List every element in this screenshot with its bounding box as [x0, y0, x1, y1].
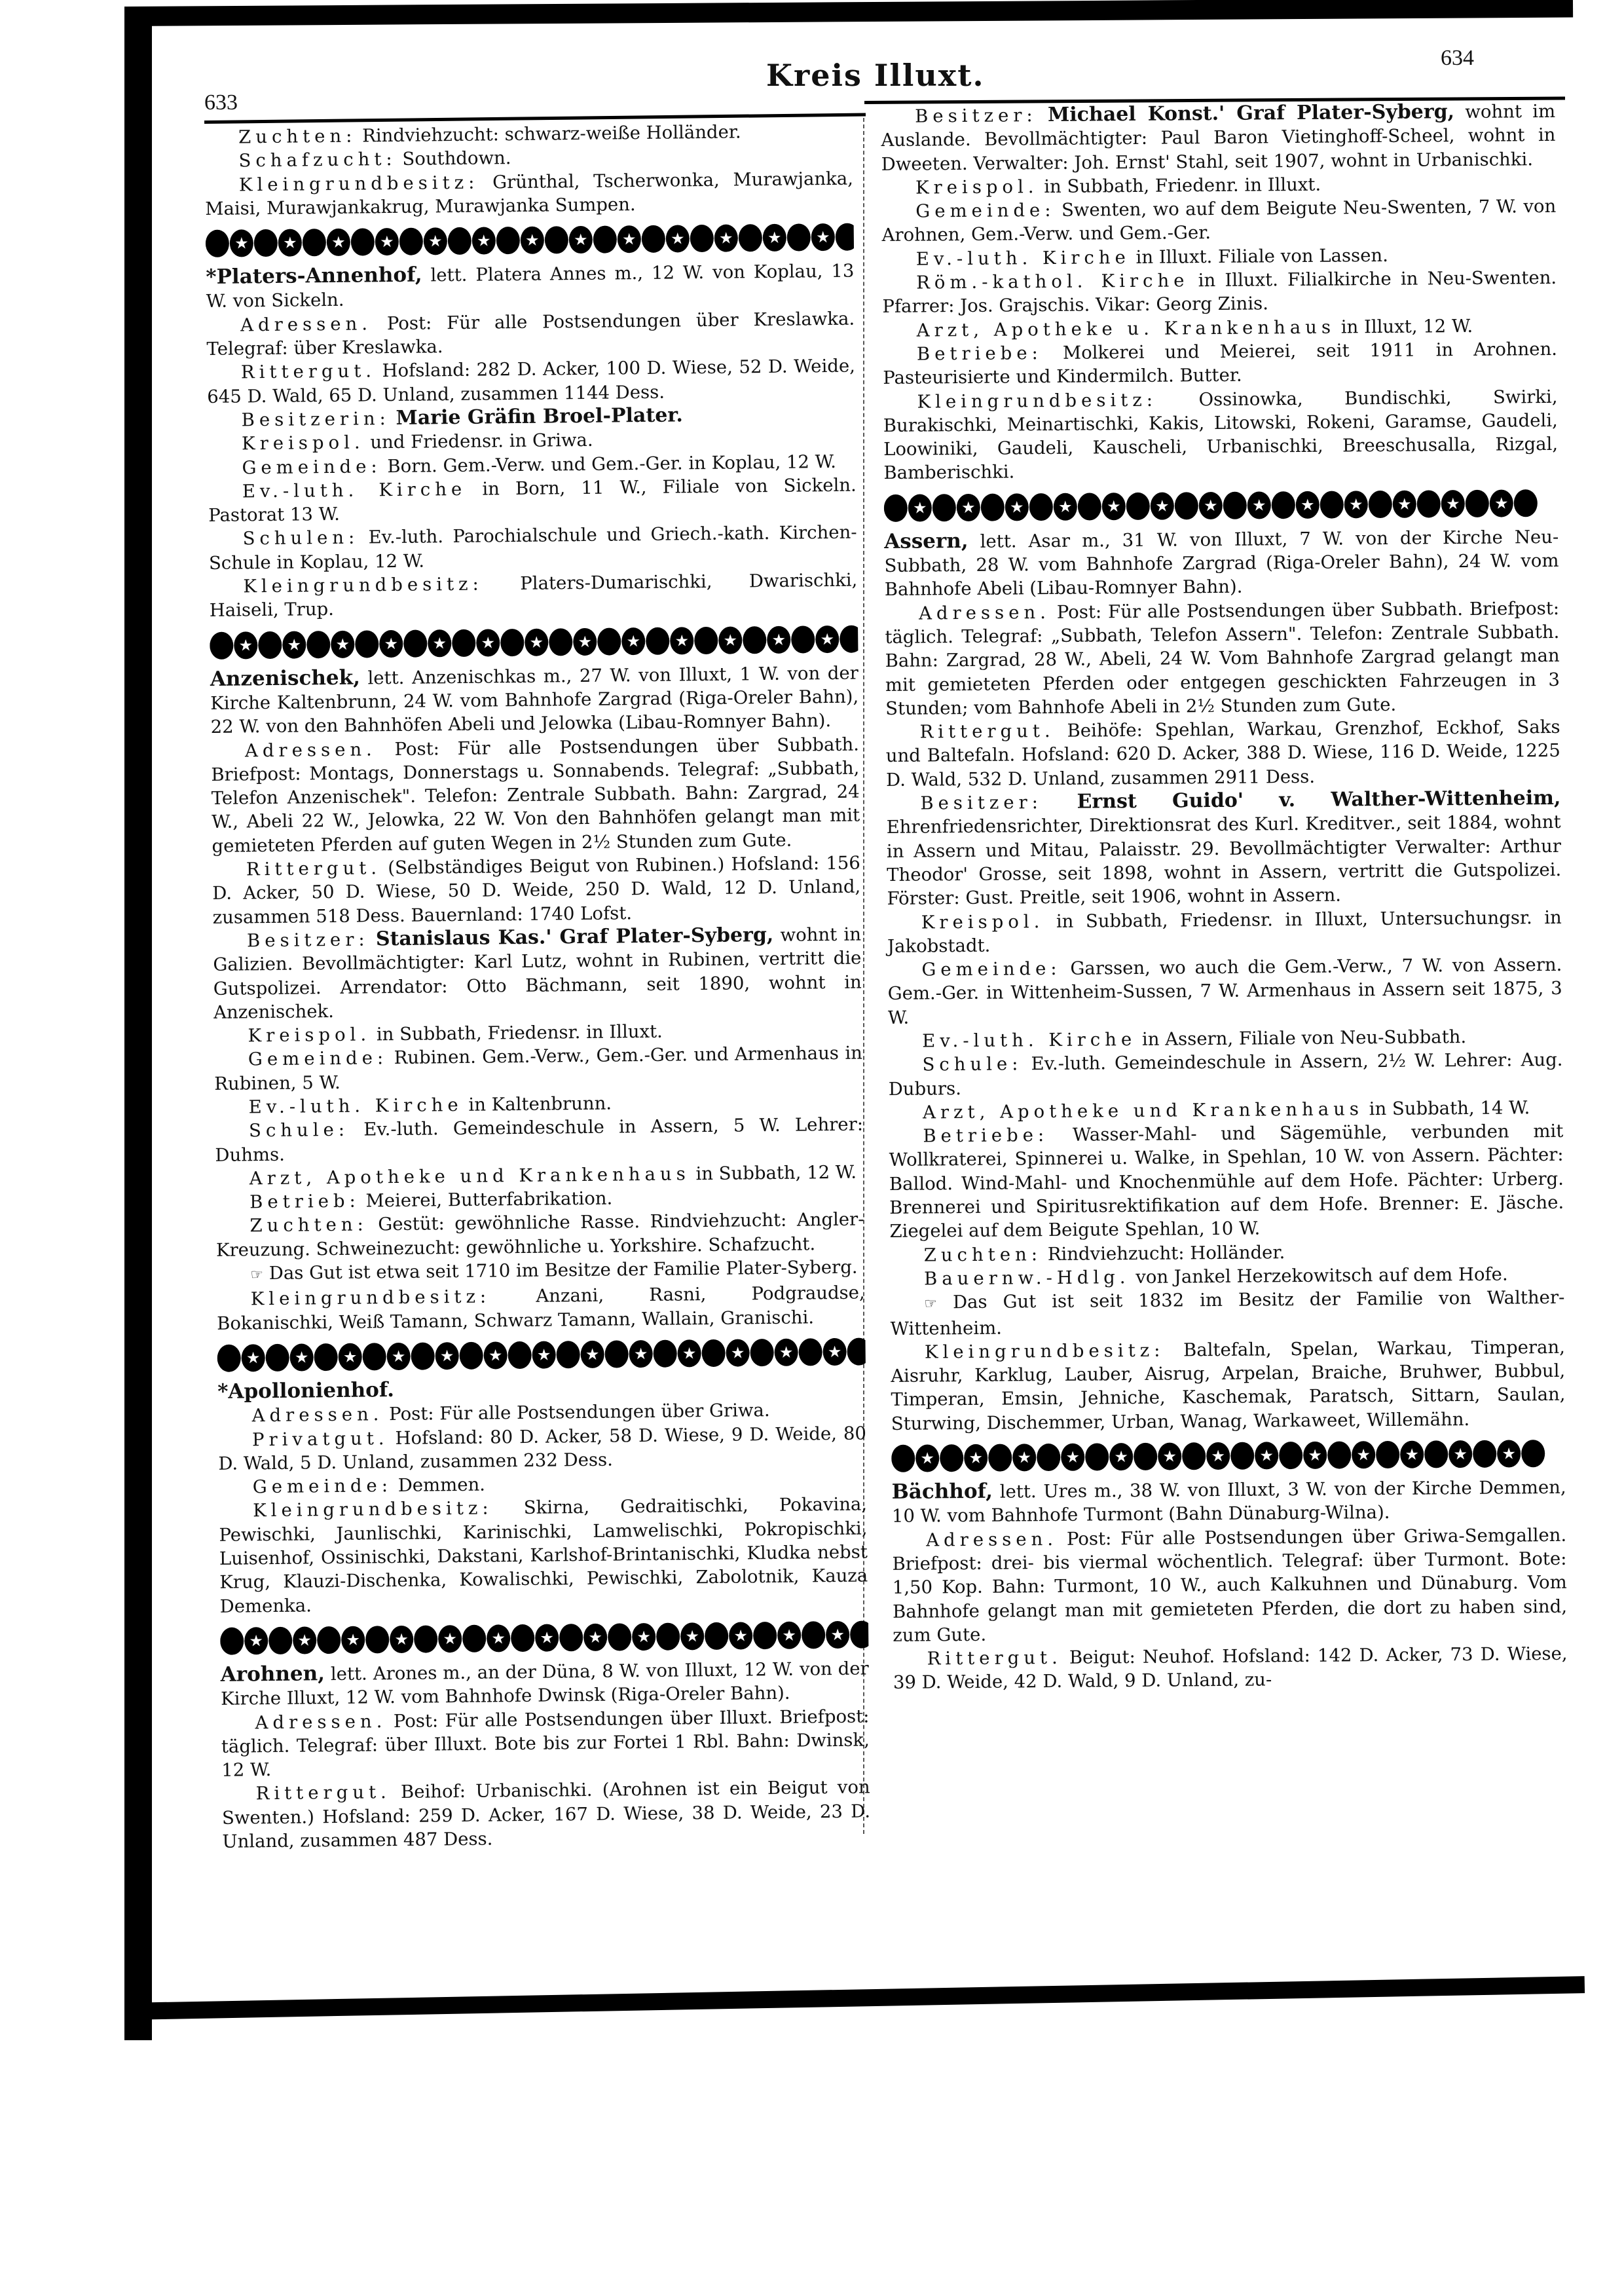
star-circle-icon: [535, 1624, 559, 1651]
paragraph: Schule: Ev.-luth. Gemeindeschule in Asse…: [888, 1048, 1563, 1101]
black-circle-icon: [306, 631, 330, 658]
black-circle-icon: [411, 1342, 434, 1370]
star-circle-icon: [244, 1627, 268, 1654]
black-circle-icon: [549, 628, 572, 656]
field-label: Bauernw.-Hdlg.: [924, 1267, 1130, 1289]
field-text: in Illuxt, 12 W.: [1341, 316, 1473, 338]
star-circle-icon: [1344, 491, 1368, 518]
star-circle-icon: [729, 1622, 752, 1649]
black-circle-icon: [847, 1337, 865, 1365]
field-label: Besitzer:: [920, 792, 1043, 813]
black-circle-icon: [303, 229, 326, 256]
field-label: Gemeinde:: [253, 1475, 393, 1497]
black-circle-icon: [940, 1444, 963, 1472]
scan-border-bottom: [124, 1976, 1585, 2020]
star-circle-icon: [341, 1626, 365, 1653]
black-circle-icon: [850, 1620, 868, 1648]
paragraph: Besitzer: Ernst Guido' v. Walther-Witten…: [886, 787, 1561, 911]
field-text: Rindviehzucht: Holländer.: [1048, 1242, 1285, 1265]
field-label: Betriebe:: [923, 1125, 1048, 1147]
field-text: Das Gut ist etwa seit 1710 im Besitze de…: [269, 1257, 858, 1284]
star-circle-icon: [472, 227, 496, 255]
black-circle-icon: [365, 1626, 389, 1653]
star-circle-icon: [230, 229, 253, 257]
star-circle-icon: [1199, 492, 1223, 519]
entry-heading: *Platers-Annenhof, lett. Platera Annes m…: [206, 259, 855, 314]
field-label: Kreispol.: [915, 176, 1039, 198]
estate-name: Assern,: [884, 529, 969, 553]
paragraph: Betriebe: Molkerei und Meierei, seit 191…: [883, 337, 1558, 390]
black-circle-icon: [690, 225, 714, 252]
paragraph: Betriebe: Wasser-Mahl- und Sägemühle, ve…: [889, 1119, 1564, 1244]
field-text: Born. Gem.-Verw. und Gem.-Ger. in Koplau…: [387, 451, 836, 476]
field-label: Schule:: [922, 1054, 1022, 1075]
field-label: Schulen:: [242, 527, 359, 550]
black-circle-icon: [1424, 1440, 1448, 1468]
star-circle-icon: [487, 1624, 510, 1652]
star-circle-icon: [525, 628, 548, 656]
field-label: Betriebe:: [917, 343, 1043, 365]
black-circle-icon: [1085, 1443, 1109, 1470]
black-circle-icon: [1078, 493, 1101, 520]
black-circle-icon: [1369, 491, 1392, 518]
section-ornament: [210, 624, 858, 660]
black-circle-icon: [414, 1625, 437, 1652]
black-circle-icon: [798, 1338, 822, 1366]
section-ornament: [220, 1619, 868, 1656]
field-label: Besitzer:: [247, 929, 369, 951]
star-circle-icon: [424, 227, 447, 255]
field-label: Kreispol.: [242, 432, 365, 455]
paragraph: ☞ Das Gut ist seit 1832 im Besitz der Fa…: [890, 1286, 1565, 1341]
field-label: Kleingrundbesitz:: [917, 389, 1157, 412]
star-circle-icon: [1441, 490, 1465, 517]
star-circle-icon: [1490, 489, 1513, 517]
field-label: Ev.-luth. Kirche: [242, 479, 467, 502]
black-circle-icon: [355, 630, 378, 658]
black-circle-icon: [258, 631, 282, 658]
field-text: Rindviehzucht: schwarz-weiße Holländer.: [362, 121, 741, 146]
black-circle-icon: [1521, 1440, 1545, 1467]
black-circle-icon: [556, 1341, 580, 1368]
star-circle-icon: [1296, 491, 1319, 519]
star-circle-icon: [680, 1622, 704, 1650]
black-circle-icon: [988, 1444, 1012, 1472]
field-label: Kreispol.: [248, 1024, 371, 1047]
black-circle-icon: [1272, 491, 1295, 519]
field-label: Rittergut.: [246, 857, 381, 880]
paragraph: Adressen. Post: Für alle Postsendungen ü…: [211, 732, 860, 858]
star-circle-icon: [1497, 1440, 1521, 1467]
paragraph: Adressen. Post: Für alle Postsendungen ü…: [892, 1523, 1567, 1647]
field-label: Zuchten:: [924, 1244, 1042, 1265]
field-label: Privatgut.: [252, 1428, 389, 1450]
field-text: von Jankel Herzekowitsch auf dem Hofe.: [1135, 1263, 1508, 1287]
paragraph: Gemeinde: Swenten, wo auf dem Beigute Ne…: [881, 195, 1557, 248]
field-label: Adressen.: [251, 1404, 383, 1426]
star-circle-icon: [234, 631, 257, 659]
field-label: Besitzerin:: [242, 408, 390, 430]
star-circle-icon: [327, 229, 350, 256]
black-circle-icon: [206, 230, 229, 257]
left-column: Zuchten: Rindviehzucht: schwarz-weiße Ho…: [204, 119, 871, 1854]
field-label: Rittergut.: [927, 1647, 1062, 1670]
black-circle-icon: [448, 227, 471, 255]
field-label: Röm.-kathol. Kirche: [916, 270, 1189, 293]
black-circle-icon: [452, 629, 475, 656]
black-circle-icon: [1223, 491, 1247, 519]
estate-entry: Assern, lett. Asar m., 31 W. von Illuxt,…: [884, 488, 1566, 1436]
black-circle-icon: [1029, 493, 1053, 521]
star-circle-icon: [726, 1339, 749, 1366]
star-circle-icon: [289, 1343, 313, 1371]
estate-intro: lett. Asar m., 31 W. von Illuxt, 7 W. vo…: [884, 527, 1559, 601]
field-label: Adressen.: [240, 313, 372, 335]
field-text: Demmen.: [398, 1474, 486, 1496]
estate-entry: *Apollonienhof.Adressen. Post: Für alle …: [217, 1336, 868, 1618]
estate-entry: Arohnen, lett. Arones m., an der Düna, 8…: [220, 1619, 871, 1854]
field-text: in Illuxt. Filiale von Lassen.: [1135, 245, 1388, 268]
black-circle-icon: [932, 494, 956, 521]
paragraph: Rittergut. Beihöfe: Spehlan, Warkau, Gre…: [885, 715, 1560, 792]
star-circle-icon: [1352, 1441, 1375, 1468]
star-circle-icon: [964, 1444, 987, 1472]
paragraph: Besitzer: Stanislaus Kas.' Graf Plater-S…: [213, 922, 862, 1024]
paragraph: Gemeinde: Garssen, wo auch die Gem.-Verw…: [887, 953, 1562, 1030]
black-circle-icon: [646, 627, 669, 654]
black-circle-icon: [545, 226, 568, 253]
field-text: Ehrenfriedensrichter, Direktionsrat des …: [887, 812, 1562, 909]
field-label: Adressen.: [926, 1529, 1058, 1551]
black-circle-icon: [642, 225, 665, 253]
star-circle-icon: [476, 629, 500, 656]
star-circle-icon: [767, 625, 790, 653]
field-text: und Friedensr. in Griwa.: [370, 430, 593, 453]
paragraph: Kleingrundbesitz: Grünthal, Tscherwonka,…: [205, 166, 854, 221]
star-circle-icon: [1054, 493, 1077, 520]
star-circle-icon: [1303, 1442, 1327, 1469]
black-circle-icon: [656, 1622, 680, 1650]
black-circle-icon: [802, 1621, 825, 1649]
black-circle-icon: [743, 626, 766, 654]
star-circle-icon: [1109, 1443, 1133, 1470]
entry-heading: Assern, lett. Asar m., 31 W. von Illuxt,…: [884, 525, 1559, 602]
field-label: Kleingrundbesitz:: [243, 574, 483, 597]
field-label: Arzt, Apotheke und Krankenhaus: [923, 1098, 1363, 1123]
black-circle-icon: [593, 226, 617, 253]
black-circle-icon: [1320, 491, 1344, 518]
page-number-right: 634: [1441, 46, 1474, 71]
estate-name: Anzenischek,: [210, 665, 360, 690]
estate-name: Arohnen,: [221, 1662, 325, 1687]
field-label: Rittergut.: [241, 361, 376, 383]
black-circle-icon: [884, 494, 908, 521]
estate-name: *Apollonienhof.: [217, 1378, 394, 1404]
black-circle-icon: [791, 625, 815, 653]
star-circle-icon: [774, 1339, 798, 1366]
star-circle-icon: [379, 630, 403, 658]
owner-name: Marie Gräfin Broel-Plater.: [396, 403, 683, 430]
star-circle-icon: [822, 1338, 846, 1366]
star-circle-icon: [435, 1342, 458, 1370]
owner-name: Ernst Guido' v. Walther-Wittenheim,: [1077, 787, 1560, 813]
paragraph: Adressen. Post: Für alle Postsendungen ü…: [221, 1704, 870, 1782]
star-circle-icon: [666, 225, 690, 252]
star-circle-icon: [1061, 1444, 1084, 1471]
paragraph: Kleingrundbesitz: Anzani, Rasni, Podgrau…: [217, 1281, 866, 1335]
black-circle-icon: [981, 493, 1005, 521]
paragraph: Rittergut. Hofsland: 282 D. Acker, 100 D…: [207, 354, 856, 409]
field-label: Adressen.: [255, 1711, 386, 1733]
star-circle-icon: [1012, 1444, 1036, 1471]
pointing-hand-icon: ☞: [924, 1296, 937, 1313]
star-circle-icon: [1005, 493, 1029, 521]
field-label: Kreispol.: [921, 911, 1044, 933]
field-label: Kleingrundbesitz:: [925, 1339, 1165, 1362]
section-ornament: [891, 1438, 1566, 1474]
black-circle-icon: [604, 1340, 628, 1368]
paragraph: Kleingrundbesitz: Skirna, Gedraitischki,…: [219, 1493, 868, 1618]
field-label: Ev.-luth. Kirche: [916, 247, 1130, 270]
black-circle-icon: [1230, 1442, 1254, 1470]
field-label: Adressen.: [919, 602, 1050, 624]
field-label: Schafzucht:: [238, 149, 396, 172]
paragraph: Kreispol. in Subbath, Friedensr. in Illu…: [887, 905, 1562, 958]
field-label: Besitzer:: [915, 105, 1037, 126]
star-circle-icon: [826, 1621, 849, 1649]
field-label: Kleingrundbesitz:: [239, 172, 479, 195]
star-circle-icon: [241, 1344, 265, 1371]
star-circle-icon: [1247, 491, 1271, 519]
field-label: Ev.-luth. Kirche: [249, 1094, 463, 1117]
right-continuation: Besitzer: Michael Konst.' Graf Plater-Sy…: [881, 100, 1559, 485]
estate-entry: *Platers-Annenhof, lett. Platera Annes m…: [206, 222, 858, 623]
black-circle-icon: [1327, 1441, 1351, 1468]
star-circle-icon: [915, 1444, 939, 1472]
star-circle-icon: [293, 1626, 316, 1654]
paragraph: Kleingrundbesitz: Ossinowka, Bundischki,…: [883, 384, 1558, 485]
star-circle-icon: [532, 1341, 555, 1368]
black-circle-icon: [268, 1627, 292, 1654]
star-circle-icon: [580, 1341, 604, 1368]
star-circle-icon: [483, 1341, 507, 1369]
running-title: Kreis Illuxt.: [766, 58, 984, 93]
star-circle-icon: [375, 228, 399, 255]
paragraph: Schule: Ev.-luth. Gemeindeschule in Asse…: [215, 1113, 864, 1167]
black-circle-icon: [836, 223, 854, 251]
paragraph: Adressen. Post: Für alle Postsendungen ü…: [885, 597, 1560, 721]
star-circle-icon: [573, 627, 597, 655]
black-circle-icon: [399, 228, 423, 255]
star-circle-icon: [331, 630, 354, 658]
field-text: in Subbath, Friedensr. in Illuxt.: [377, 1021, 663, 1045]
paragraph: Rittergut. (Selbständiges Beigut von Rub…: [212, 851, 861, 929]
black-circle-icon: [653, 1339, 676, 1367]
field-label: Gemeinde:: [242, 456, 382, 478]
scan-border-top: [126, 0, 1573, 26]
star-circle-icon: [714, 225, 738, 252]
estate-entry: Bächhof, lett. Ures m., 38 W. von Illuxt…: [891, 1438, 1568, 1695]
black-circle-icon: [1175, 492, 1198, 519]
black-circle-icon: [608, 1623, 631, 1651]
section-ornament: [217, 1336, 865, 1373]
black-circle-icon: [362, 1343, 386, 1370]
star-circle-icon: [815, 625, 839, 653]
star-circle-icon: [1400, 1441, 1424, 1468]
black-circle-icon: [314, 1343, 337, 1371]
paragraph: Besitzer: Michael Konst.' Graf Plater-Sy…: [881, 100, 1556, 176]
paragraph: Rittergut. Beigut: Neuhof. Hofsland: 142…: [893, 1642, 1568, 1695]
field-label: Kleingrundbesitz:: [251, 1286, 491, 1310]
black-circle-icon: [1037, 1444, 1060, 1471]
field-label: Adressen.: [245, 739, 377, 761]
paragraph: Rittergut. Beihof: Urbanischki. (Arohnen…: [221, 1776, 870, 1854]
field-label: Gemeinde:: [248, 1048, 388, 1070]
entry-heading: Bächhof, lett. Ures m., 38 W. von Illuxt…: [891, 1475, 1566, 1529]
star-circle-icon: [957, 494, 980, 521]
black-circle-icon: [1417, 490, 1441, 517]
black-circle-icon: [739, 224, 762, 252]
black-circle-icon: [559, 1624, 583, 1651]
black-circle-icon: [496, 227, 520, 254]
star-circle-icon: [282, 631, 306, 658]
black-circle-icon: [1134, 1443, 1157, 1470]
star-circle-icon: [670, 627, 693, 654]
black-circle-icon: [787, 224, 811, 252]
field-label: Gemeinde:: [915, 200, 1055, 222]
section-ornament: [206, 222, 854, 259]
black-circle-icon: [462, 1625, 486, 1652]
star-circle-icon: [583, 1624, 607, 1651]
paragraph: Gemeinde: Rubinen. Gem.-Verw., Gem.-Ger.…: [214, 1041, 863, 1096]
field-label: Zuchten:: [238, 126, 357, 148]
black-circle-icon: [459, 1342, 483, 1370]
field-text: in Subbath, 12 W.: [695, 1162, 857, 1185]
field-text: Post: Für alle Postsendungen über Griwa.: [389, 1400, 770, 1425]
star-circle-icon: [632, 1623, 655, 1651]
black-circle-icon: [750, 1339, 773, 1366]
star-circle-icon: [908, 494, 932, 521]
star-circle-icon: [677, 1339, 701, 1367]
field-text: in Kaltenbrunn.: [468, 1093, 612, 1115]
field-label: Rittergut.: [919, 720, 1054, 743]
black-circle-icon: [891, 1445, 915, 1472]
field-label: Zuchten:: [249, 1214, 368, 1237]
black-circle-icon: [220, 1627, 244, 1654]
star-circle-icon: [811, 223, 835, 251]
right-column: Besitzer: Michael Konst.' Graf Plater-Sy…: [881, 100, 1568, 1695]
field-label: Betrieb:: [249, 1191, 360, 1213]
field-label: Kleingrundbesitz:: [253, 1498, 493, 1521]
scan-border-left: [124, 7, 152, 2040]
star-circle-icon: [1151, 492, 1174, 519]
paragraph: Kleingrundbesitz: Platers-Dumarischki, D…: [209, 569, 858, 623]
star-circle-icon: [777, 1622, 801, 1649]
field-text: in Assern, Filiale von Neu-Subbath.: [1142, 1026, 1466, 1050]
owner-name: Stanislaus Kas.' Graf Plater-Syberg,: [376, 924, 774, 950]
star-circle-icon: [278, 229, 302, 257]
black-circle-icon: [1473, 1440, 1496, 1468]
star-circle-icon: [338, 1343, 361, 1371]
paragraph: Kleingrundbesitz: Baltefaln, Spelan, War…: [891, 1335, 1566, 1436]
field-label: Arzt, Apotheke und Krankenhaus: [249, 1163, 690, 1189]
black-circle-icon: [1126, 493, 1150, 520]
field-label: Rittergut.: [256, 1782, 391, 1804]
star-circle-icon: [1393, 490, 1416, 517]
paragraph: Ev.-luth. Kirche in Born, 11 W., Filiale…: [208, 473, 857, 527]
black-circle-icon: [1182, 1442, 1206, 1470]
star-circle-icon: [569, 226, 593, 253]
star-circle-icon: [1158, 1442, 1181, 1470]
black-circle-icon: [500, 629, 524, 656]
right-entries: Assern, lett. Asar m., 31 W. von Illuxt,…: [884, 488, 1568, 1695]
star-circle-icon: [1255, 1442, 1278, 1469]
estate-name: *Platers-Annenhof,: [206, 263, 422, 289]
star-circle-icon: [428, 629, 451, 657]
black-circle-icon: [753, 1622, 777, 1649]
field-label: Schule:: [249, 1119, 349, 1142]
star-circle-icon: [1449, 1440, 1472, 1468]
estate-entry: Anzenischek, lett. Anzenischkas m., 27 W…: [210, 624, 865, 1335]
black-circle-icon: [210, 631, 233, 659]
entry-heading: Arohnen, lett. Arones m., an der Düna, 8…: [221, 1656, 870, 1711]
paragraph: Adressen. Post: Für alle Postsendungen ü…: [206, 307, 855, 361]
field-label: Gemeinde:: [921, 958, 1061, 980]
star-circle-icon: [438, 1625, 462, 1652]
paragraph: Schulen: Ev.-luth. Parochialschule und G…: [208, 521, 857, 575]
star-circle-icon: [718, 626, 742, 654]
black-circle-icon: [511, 1624, 534, 1652]
field-text: in Subbath, Friedenr. in Illuxt.: [1044, 174, 1321, 197]
paragraph: Röm.-kathol. Kirche in Illuxt. Filialkir…: [882, 266, 1557, 319]
black-circle-icon: [351, 228, 375, 255]
star-circle-icon: [763, 224, 786, 252]
section-ornament: [884, 488, 1559, 523]
black-circle-icon: [1514, 489, 1538, 517]
black-circle-icon: [701, 1339, 725, 1367]
left-entries: *Platers-Annenhof, lett. Platera Annes m…: [206, 222, 871, 1854]
black-circle-icon: [694, 626, 718, 654]
black-circle-icon: [840, 625, 858, 652]
star-circle-icon: [390, 1626, 413, 1653]
field-text: Southdown.: [402, 147, 511, 170]
black-circle-icon: [507, 1341, 531, 1369]
estate-name: Bächhof,: [891, 1480, 993, 1504]
paragraph: Privatgut. Hofsland: 80 D. Acker, 58 D. …: [218, 1421, 867, 1476]
star-circle-icon: [1206, 1442, 1230, 1470]
field-label: Arzt, Apotheke u. Krankenhaus: [917, 316, 1336, 341]
left-intro: Zuchten: Rindviehzucht: schwarz-weiße Ho…: [204, 119, 853, 221]
black-circle-icon: [254, 229, 278, 257]
black-circle-icon: [1466, 489, 1489, 517]
star-circle-icon: [621, 627, 645, 655]
field-text: in Subbath, 14 W.: [1369, 1097, 1530, 1119]
black-circle-icon: [705, 1622, 728, 1650]
black-circle-icon: [403, 629, 427, 657]
pointing-hand-icon: ☞: [250, 1267, 263, 1283]
star-circle-icon: [521, 227, 544, 254]
field-label: Ev.-luth. Kirche: [922, 1029, 1136, 1052]
field-text: Das Gut ist seit 1832 im Besitz der Fami…: [891, 1287, 1565, 1339]
star-circle-icon: [386, 1343, 410, 1370]
star-circle-icon: [618, 225, 641, 253]
black-circle-icon: [1279, 1442, 1302, 1469]
star-circle-icon: [629, 1340, 652, 1368]
black-circle-icon: [597, 627, 621, 655]
estate-intro: lett. Ures m., 38 W. von Illuxt, 3 W. vo…: [892, 1477, 1566, 1527]
paragraph: Zuchten: Gestüt: gewöhnliche Rasse. Rind…: [215, 1208, 864, 1262]
black-circle-icon: [265, 1344, 289, 1371]
